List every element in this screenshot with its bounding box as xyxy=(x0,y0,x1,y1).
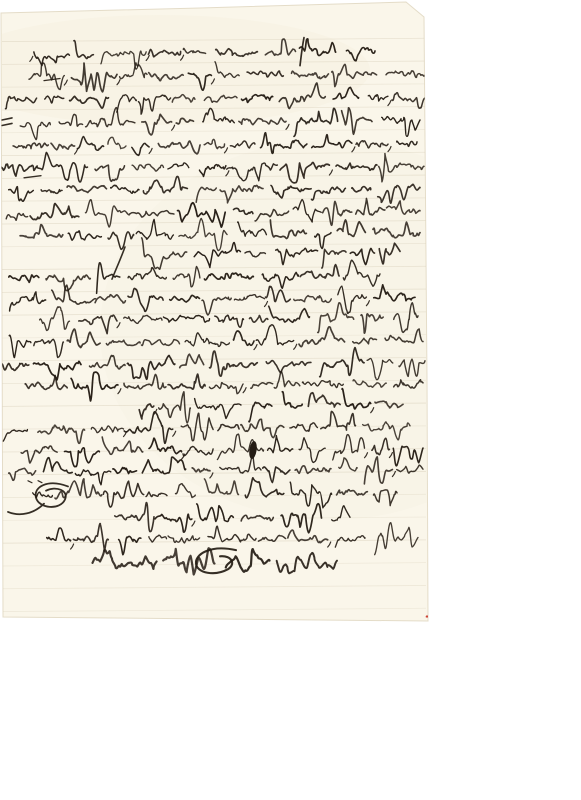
scanned-letter-page xyxy=(0,0,581,800)
red-speck xyxy=(426,615,429,618)
letter-scan xyxy=(0,0,581,800)
